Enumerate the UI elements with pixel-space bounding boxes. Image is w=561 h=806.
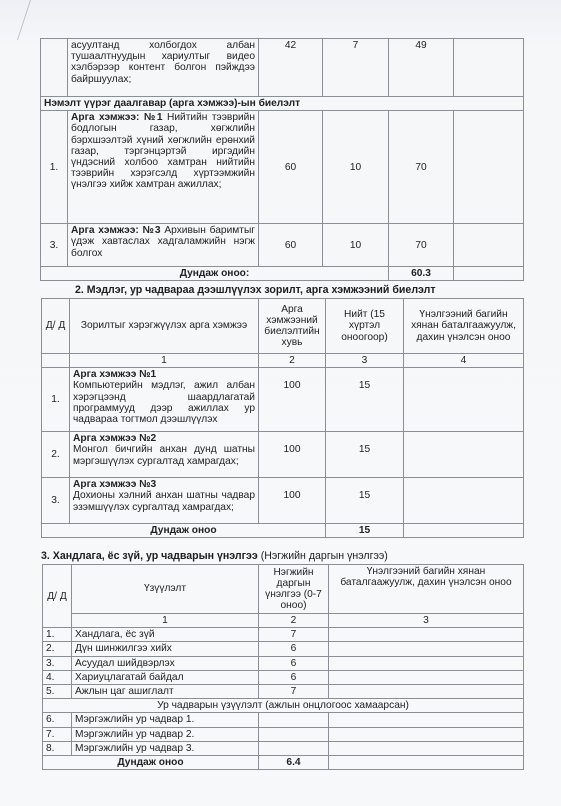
row-number: 5. — [43, 685, 72, 699]
reviewed-value — [329, 670, 524, 684]
header-col1: Зорилтыг хэрэгжүүлэх арга хэмжээ — [70, 299, 259, 354]
average-empty — [454, 267, 524, 281]
average-empty — [329, 756, 524, 770]
table-row: 6. Мэргэжлийн ур чадвар 1. — [43, 713, 524, 727]
header-num: Д/ Д — [42, 299, 70, 354]
section3-title-bold: 3. Хандлага, ёс зүй, ур чадварын үнэлгээ — [41, 550, 258, 562]
table-row: 1. Арга хэмжээ: №1 Нийтийн тээврийн бодл… — [41, 111, 524, 224]
average-label: Дундаж оноо: — [41, 267, 389, 281]
section3-title-note: (Нэгжийн даргын үнэлгээ) — [261, 550, 388, 562]
table-row: 8. Мэргэжлийн ур чадвар 3. — [43, 741, 524, 755]
percent-value: 100 — [259, 432, 326, 478]
section2-title: 2. Мэдлэг, ур чадвараа дээшлүүлэх зорилт… — [75, 284, 436, 296]
reviewed-value — [329, 628, 524, 642]
row-number: 2. — [42, 432, 70, 478]
table-row: 4. Хариуцлагатай байдал 6 — [43, 670, 524, 684]
section2-table: Д/ Д Зорилтыг хэрэгжүүлэх арга хэмжээ Ар… — [41, 298, 524, 538]
column-number-row: 1 2 3 — [43, 614, 524, 628]
measure-text: Монгол бичгийн анхан дунд шатны мэргэшүү… — [73, 444, 255, 466]
reviewed-value — [329, 727, 524, 741]
header-num-continued — [42, 354, 70, 368]
average-row: Дундаж оноо 15 — [42, 524, 524, 538]
reviewed-value — [329, 741, 524, 755]
value-4 — [454, 39, 524, 97]
value-3: 70 — [389, 111, 454, 224]
value-4 — [454, 224, 524, 267]
score-value: 7 — [259, 685, 329, 699]
col-number: 3 — [329, 614, 524, 628]
col-number: 3 — [326, 354, 404, 368]
row-label: Хандлага, ёс зүй — [72, 628, 259, 642]
table-row: 2. Арга хэмжээ №2Монгол бичгийн анхан ду… — [42, 432, 524, 478]
measure-text: Дохионы хэлний анхан шатны чадвар эзэмшү… — [73, 490, 255, 512]
table-row: 2. Дүн шинжилгээ хийх 6 — [43, 642, 524, 656]
page-fold-edge — [0, 0, 31, 40]
value-3: 49 — [389, 39, 454, 97]
value-2: 10 — [323, 111, 389, 224]
score-value: 6 — [259, 656, 329, 670]
percent-value: 100 — [259, 368, 326, 432]
row-text: Арга хэмжээ: №3 Архивын баримтыг үдэж ха… — [68, 224, 259, 267]
table-row: 3. Арга хэмжээ №3Дохионы хэлний анхан ша… — [42, 478, 524, 524]
row-number: 6. — [43, 713, 72, 727]
col-number: 2 — [259, 354, 326, 368]
col-number: 4 — [404, 354, 524, 368]
row-label: Дүн шинжилгээ хийх — [72, 642, 259, 656]
table-row: 7. Мэргэжлийн ур чадвар 2. — [43, 727, 524, 741]
measure-label: Арга хэмжээ №1 — [73, 369, 255, 380]
average-value: 15 — [326, 524, 404, 538]
subheader-row: Нэмэлт үүрэг даалгавар (арга хэмжээ)-ын … — [41, 97, 524, 111]
row-number: 3. — [43, 656, 72, 670]
section1-table: асуултанд холбогдох албан тушаалтнуудын … — [40, 38, 524, 281]
row-number: 1. — [43, 628, 72, 642]
score-value: 15 — [326, 368, 404, 432]
row-text: Арга хэмжээ: №1 Нийтийн тээврийн бодлогы… — [68, 111, 259, 224]
document-page: асуултанд холбогдох албан тушаалтнуудын … — [0, 0, 561, 806]
row-number: 1. — [42, 368, 70, 432]
row-number: 3. — [42, 478, 70, 524]
average-label: Дундаж оноо — [42, 524, 326, 538]
row-number: 2. — [43, 642, 72, 656]
average-label: Дундаж оноо — [43, 756, 259, 770]
measure-label: Арга хэмжээ: №3 — [71, 225, 161, 236]
score-value: 6 — [259, 642, 329, 656]
table-row: 1. Хандлага, ёс зүй 7 — [43, 628, 524, 642]
measure-text: Компьютерийн мэдлэг, ажил албан хэрэгцээ… — [73, 380, 255, 425]
reviewed-value — [404, 478, 524, 524]
score-value — [259, 727, 329, 741]
col-number: 1 — [70, 354, 259, 368]
section1-subheader: Нэмэлт үүрэг даалгавар (арга хэмжээ)-ын … — [41, 97, 524, 111]
reviewed-value — [329, 685, 524, 699]
score-value — [259, 741, 329, 755]
value-2: 7 — [323, 39, 389, 97]
table-row: 1. Арга хэмжээ №1Компьютерийн мэдлэг, аж… — [42, 368, 524, 432]
row-label: Мэргэжлийн ур чадвар 2. — [72, 727, 259, 741]
row-text: Арга хэмжээ №2Монгол бичгийн анхан дунд … — [70, 432, 259, 478]
header-col2: Нэгжийн даргын үнэлгээ (0-7 оноо) — [259, 565, 329, 614]
value-3: 70 — [389, 224, 454, 267]
measure-label: Арга хэмжээ: №1 — [71, 112, 163, 123]
reviewed-value — [329, 713, 524, 727]
column-number-row: 1 2 3 4 — [42, 354, 524, 368]
value-1: 42 — [259, 39, 323, 97]
score-value: 7 — [259, 628, 329, 642]
reviewed-value — [404, 432, 524, 478]
value-1: 60 — [259, 111, 323, 224]
reviewed-value — [404, 368, 524, 432]
table-row: 3. Арга хэмжээ: №3 Архивын баримтыг үдэж… — [41, 224, 524, 267]
average-value: 6.4 — [259, 756, 329, 770]
table-row: 5. Ажлын цаг ашиглалт 7 — [43, 685, 524, 699]
row-number — [41, 39, 68, 97]
section3-title: 3. Хандлага, ёс зүй, ур чадварын үнэлгээ… — [41, 550, 388, 562]
header-col3: Нийт (15 хүртэл оноогоор) — [326, 299, 404, 354]
row-label: Мэргэжлийн ур чадвар 3. — [72, 741, 259, 755]
row-text: Арга хэмжээ №3Дохионы хэлний анхан шатны… — [70, 478, 259, 524]
row-number: 8. — [43, 741, 72, 755]
col-number: 2 — [259, 614, 329, 628]
row-text: асуултанд холбогдох албан тушаалтнуудын … — [68, 39, 259, 97]
average-empty — [404, 524, 524, 538]
average-row: Дундаж оноо 6.4 — [43, 756, 524, 770]
row-label: Асуудал шийдвэрлэх — [72, 656, 259, 670]
measure-label: Арга хэмжээ №3 — [73, 479, 255, 490]
header-col3: Үнэлгээний багийн хянан баталгаажуулж, д… — [329, 565, 524, 614]
average-value: 60.3 — [389, 267, 454, 281]
average-row: Дундаж оноо: 60.3 — [41, 267, 524, 281]
score-value: 15 — [326, 432, 404, 478]
row-label: Хариуцлагатай байдал — [72, 670, 259, 684]
measure-text: Нийтийн тээврийн бодлогын газар, хөгжлий… — [71, 112, 255, 190]
percent-value: 100 — [259, 478, 326, 524]
score-value: 15 — [326, 478, 404, 524]
value-1: 60 — [259, 224, 323, 267]
row-number: 4. — [43, 670, 72, 684]
header-col2: Арга хэмжээний биелэлтийн хувь — [259, 299, 326, 354]
reviewed-value — [329, 656, 524, 670]
row-number: 3. — [41, 224, 68, 267]
table-row: асуултанд холбогдох албан тушаалтнуудын … — [41, 39, 524, 97]
row-number: 7. — [43, 727, 72, 741]
table-row: 3. Асуудал шийдвэрлэх 6 — [43, 656, 524, 670]
score-value — [259, 713, 329, 727]
reviewed-value — [329, 642, 524, 656]
header-col4: Үнэлгээний багийн хянан баталгаажуулж, д… — [404, 299, 524, 354]
measure-label: Арга хэмжээ №2 — [73, 433, 255, 444]
row-text: Арга хэмжээ №1Компьютерийн мэдлэг, ажил … — [70, 368, 259, 432]
value-4 — [454, 111, 524, 224]
row-label: Мэргэжлийн ур чадвар 1. — [72, 713, 259, 727]
col-number: 1 — [72, 614, 259, 628]
section3-table: Д/ Д Үзүүлэлт Нэгжийн даргын үнэлгээ (0-… — [42, 564, 524, 770]
header-col1: Үзүүлэлт — [72, 565, 259, 614]
header-num: Д/ Д — [43, 565, 72, 628]
section3-subheader: Ур чадварын үзүүлэлт (ажлын онцлогоос ха… — [43, 699, 524, 713]
row-number: 1. — [41, 111, 68, 224]
score-value: 6 — [259, 670, 329, 684]
row-label: Ажлын цаг ашиглалт — [72, 685, 259, 699]
header-row: Д/ Д Үзүүлэлт Нэгжийн даргын үнэлгээ (0-… — [43, 565, 524, 614]
header-row: Д/ Д Зорилтыг хэрэгжүүлэх арга хэмжээ Ар… — [42, 299, 524, 354]
value-2: 10 — [323, 224, 389, 267]
subheader-row: Ур чадварын үзүүлэлт (ажлын онцлогоос ха… — [43, 699, 524, 713]
